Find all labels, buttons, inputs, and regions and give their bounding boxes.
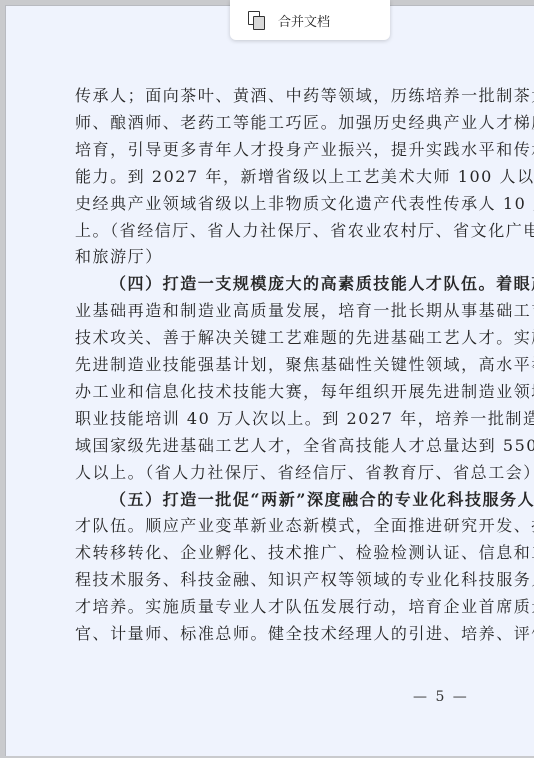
text-line: 史经典产业领域省级以上非物质文化遗产代表性传承人 10 人以 (75, 194, 475, 214)
text-line: 职业技能培训 40 万人次以上。到 2027 年，培养一批制造业领 (75, 409, 475, 429)
text-line: 先进制造业技能强基计划，聚焦基础性关键性领域，高水平举 (75, 355, 475, 375)
text-line: 上。（省经信厅、省人力社保厅、省农业农村厅、省文化广电 (75, 221, 475, 241)
text-line: 术转移转化、企业孵化、技术推广、检验检测认证、信息和工 (75, 543, 475, 563)
merge-documents-label[interactable]: 合并文档 (278, 11, 330, 30)
section-heading-line: （五）打造一批促“两新”深度融合的专业化科技服务人 (110, 490, 510, 510)
text-line: 才培养。实施质量专业人才队伍发展行动，培育企业首席质量 (75, 597, 475, 617)
document-page: 传承人；面向茶叶、黄酒、中药等领域，历练培养一批制茶大 师、酿酒师、老药工等能工… (5, 5, 534, 756)
text-line: 人以上。（省人力社保厅、省经信厅、省教育厅、省总工会） (75, 463, 475, 483)
text-line: 能力。到 2027 年，新增省级以上工艺美术大师 100 人以上、历 (75, 167, 475, 187)
text-line: 业基础再造和制造业高质量发展，培育一批长期从事基础工艺 (75, 301, 475, 321)
text-line: 和旅游厅） (75, 247, 475, 267)
text-line: 培育，引导更多青年人才投身产业振兴，提升实践水平和传承 (75, 140, 475, 160)
merge-documents-popup[interactable]: 合并文档 (230, 0, 390, 40)
page-number: — 5 — (413, 689, 469, 705)
text-line: 域国家级先进基础工艺人才，全省高技能人才总量达到 550 万 (75, 436, 475, 456)
text-line: 程技术服务、科技金融、知识产权等领域的专业化科技服务人 (75, 570, 475, 590)
text-line: 办工业和信息化技术技能大赛，每年组织开展先进制造业领域 (75, 382, 475, 402)
section-heading-line: （四）打造一支规模庞大的高素质技能人才队伍。着眼产 (110, 274, 510, 294)
text-line: 传承人；面向茶叶、黄酒、中药等领域，历练培养一批制茶大 (75, 86, 475, 106)
text-line: 官、计量师、标准总师。健全技术经理人的引进、培养、评价 (75, 624, 475, 644)
text-line: 技术攻关、善于解决关键工艺难题的先进基础工艺人才。实施 (75, 328, 475, 348)
merge-documents-icon (248, 11, 266, 29)
text-line: 师、酿酒师、老药工等能工巧匠。加强历史经典产业人才梯度 (75, 113, 475, 133)
text-line: 才队伍。顺应产业变革新业态新模式，全面推进研究开发、技 (75, 516, 475, 536)
